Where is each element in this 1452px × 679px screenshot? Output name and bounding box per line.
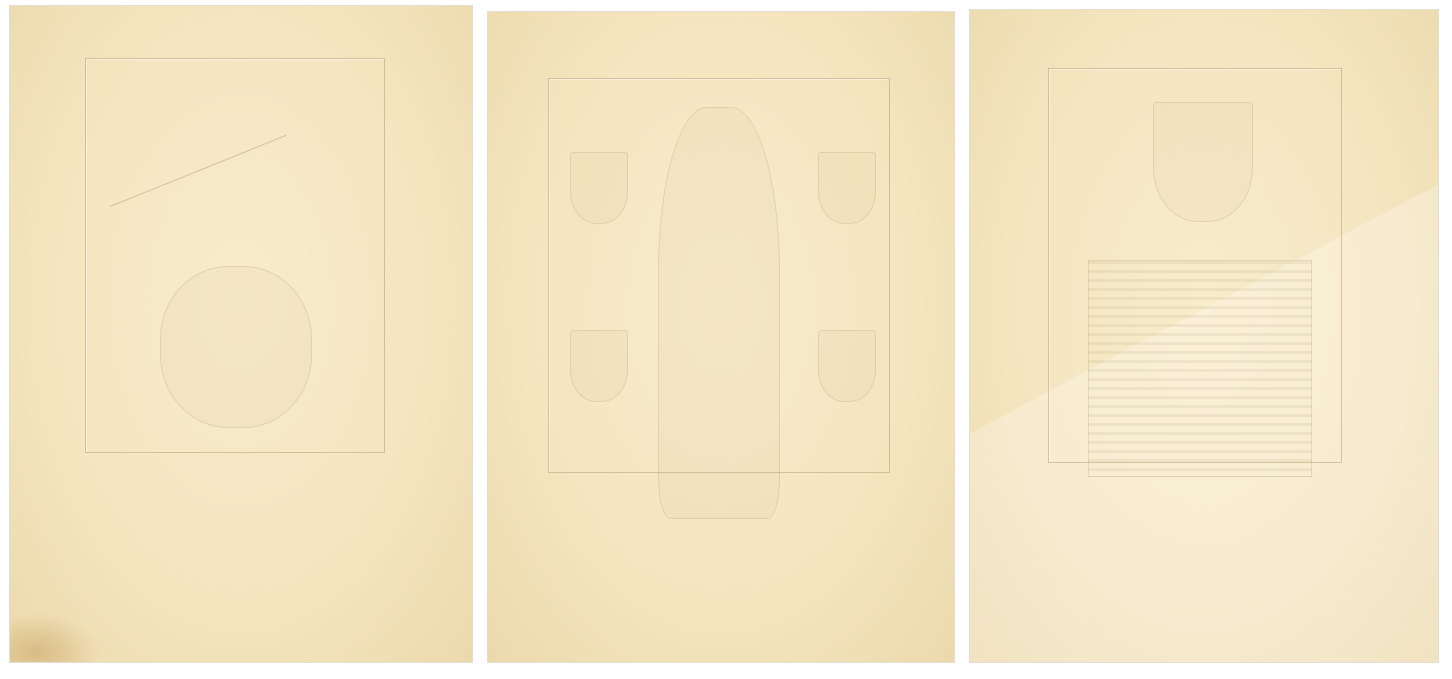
shield-show-through	[818, 330, 876, 402]
show-through-shape	[160, 266, 312, 428]
water-stain	[10, 612, 100, 662]
paper-sheet-middle	[488, 12, 954, 662]
paper-sheet-left	[10, 6, 472, 662]
shield-show-through	[570, 152, 628, 224]
armored-figure-show-through	[658, 107, 780, 519]
shield-show-through	[1153, 102, 1253, 222]
shield-show-through	[570, 330, 628, 402]
shield-show-through	[818, 152, 876, 224]
paper-sheet-right	[970, 10, 1438, 662]
text-block-show-through	[1088, 260, 1312, 477]
